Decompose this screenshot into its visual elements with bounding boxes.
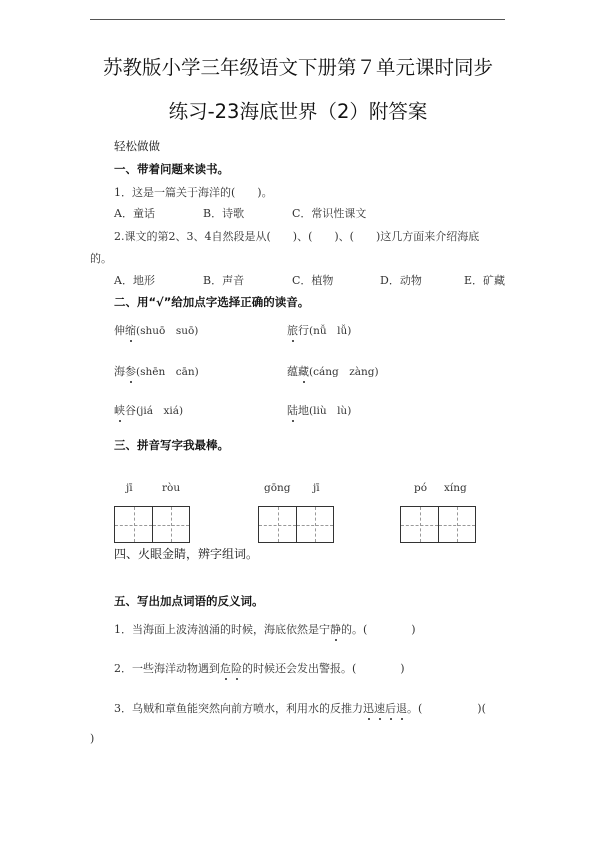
pronunciation-item: 蕴藏(cáng zàng) <box>287 363 379 379</box>
part5-q3-line2: ) <box>90 732 94 745</box>
pronunciation-item: 旅行(nǚ lǚ) <box>287 322 351 338</box>
writing-grid[interactable] <box>258 506 334 543</box>
part1-q2-option-d: D．动物 <box>380 272 422 288</box>
part1-q2-option-c: C．植物 <box>292 272 333 288</box>
part1-q1-option-b: B．诗歌 <box>203 205 244 221</box>
part1-heading: 一、带着问题来读书。 <box>114 161 229 177</box>
part3-heading: 三、拼音写字我最棒。 <box>114 437 229 453</box>
part1-q2-option-a: A．地形 <box>114 272 155 288</box>
header-rule <box>90 19 505 20</box>
section-label: 轻松做做 <box>114 138 160 154</box>
pinyin-label: gōng <box>264 482 291 494</box>
pinyin-label: xíng <box>444 482 467 494</box>
part5-q2: 2．一些海洋动物遇到危险的时候还会发出警报。( ) <box>114 660 405 676</box>
pinyin-label: jī <box>126 482 133 494</box>
writing-grid[interactable] <box>400 506 476 543</box>
pronunciation-item: 海参(shēn cān) <box>114 363 199 379</box>
pinyin-label: jī <box>313 482 320 494</box>
title-line-2: 练习-23海底世界（2）附答案 <box>0 96 596 124</box>
part1-q2-line1: 2.课文的第2、3、4自然段是从( )、( )、( )这几方面来介绍海底 <box>114 228 479 244</box>
part1-q2-option-e: E．矿藏 <box>464 272 505 288</box>
pronunciation-item: 伸缩(shuō suō) <box>114 322 198 338</box>
part1-q2-line2: 的。 <box>90 250 112 266</box>
part1-q2-option-b: B．声音 <box>203 272 244 288</box>
pronunciation-item: 峡谷(jiá xiá) <box>114 402 183 418</box>
part5-heading: 五、写出加点词语的反义词。 <box>114 593 264 609</box>
part1-q1-option-c: C．常识性课文 <box>292 205 366 221</box>
pinyin-label: ròu <box>162 482 180 494</box>
pronunciation-item: 陆地(liù lù) <box>287 402 351 418</box>
part2-heading: 二、用“√”给加点字选择正确的读音。 <box>114 294 309 310</box>
title-line-1: 苏教版小学三年级语文下册第７单元课时同步 <box>0 52 596 80</box>
part5-q3: 3．乌贼和章鱼能突然向前方喷水，利用水的反推力迅速后退。( )( <box>114 700 486 716</box>
pinyin-label: pó <box>414 482 427 494</box>
part4-heading: 四、火眼金睛，辨字组词。 <box>114 545 258 562</box>
writing-grid[interactable] <box>114 506 190 543</box>
part1-q1-option-a: A．童话 <box>114 205 155 221</box>
part5-q1: 1．当海面上波涛汹涌的时候，海底依然是宁静的。( ) <box>114 621 416 637</box>
part1-q1: 1．这是一篇关于海洋的( )。 <box>114 184 273 200</box>
